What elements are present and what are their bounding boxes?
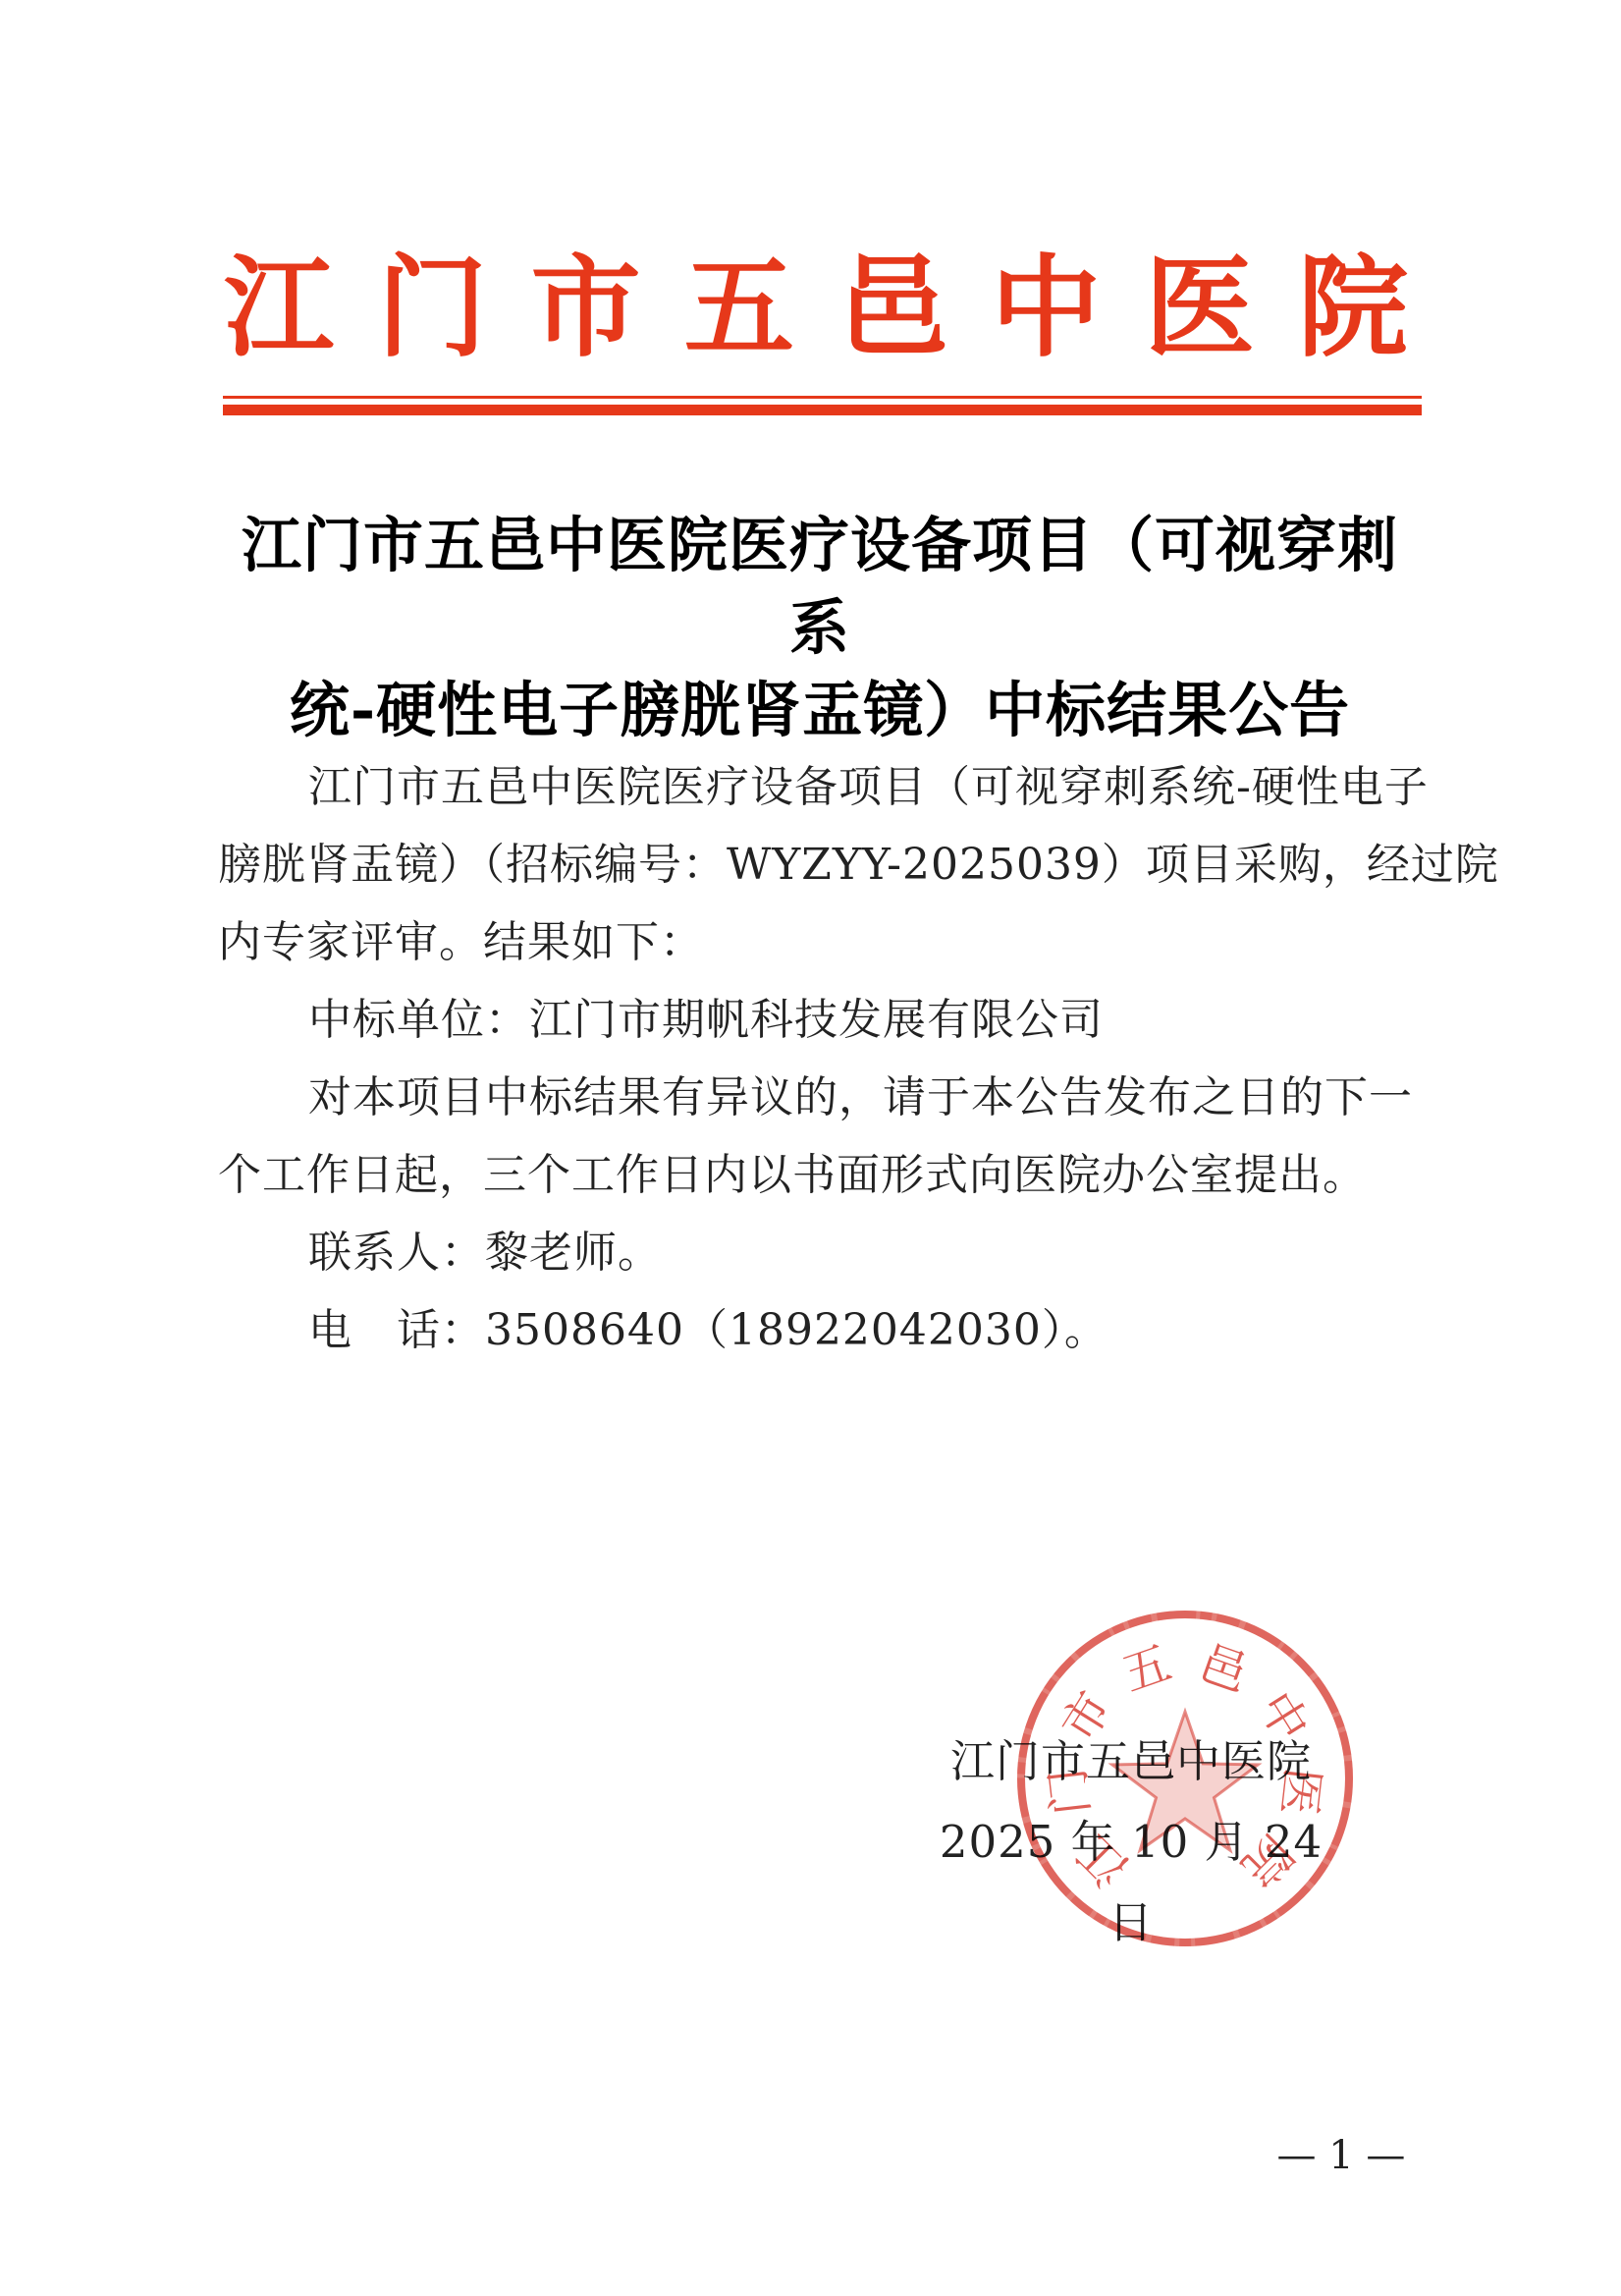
seal-char: 市 — [1052, 1682, 1123, 1751]
body-line: 电 话：3508640（18922042030）。 — [218, 1291, 1422, 1369]
document-title-line2: 统-硬性电子膀胱肾盂镜）中标结果公告 — [218, 670, 1422, 752]
letterhead-hospital-name: 江 门 市 五 邑 中 医 院 — [224, 247, 1408, 369]
body-line: 联系人：黎老师。 — [218, 1214, 1422, 1291]
seal-char: 医 — [1270, 1765, 1330, 1818]
letterhead-char: 江 — [224, 247, 334, 369]
seal-char: 院 — [1231, 1825, 1304, 1897]
body-line: 膀胱肾盂镜）（招标编号：WYZYY-2025039）项目采购，经过院 — [218, 826, 1422, 903]
letterhead-char: 中 — [991, 247, 1101, 369]
body-line: 内专家评审。结果如下： — [218, 903, 1422, 981]
letterhead-char: 市 — [531, 247, 641, 369]
letterhead-char: 邑 — [838, 247, 947, 369]
body-text: 江门市五邑中医院医疗设备项目（可视穿刺系统-硬性电子 膀胱肾盂镜）（招标编号：W… — [218, 748, 1422, 1369]
letterhead-char: 医 — [1145, 247, 1255, 369]
document-title: 江门市五邑中医院医疗设备项目（可视穿刺系 统-硬性电子膀胱肾盂镜）中标结果公告 — [218, 505, 1422, 752]
seal-char: 中 — [1248, 1682, 1320, 1751]
body-line: 中标单位：江门市期帆科技发展有限公司 — [218, 981, 1422, 1059]
seal-star-icon — [1112, 1712, 1258, 1850]
body-line: 对本项目中标结果有异议的，请于本公告发布之日的下一 — [218, 1059, 1422, 1136]
official-seal-stamp: 江 门 市 五 邑 中 医 院 — [1013, 1607, 1357, 1950]
document-page: 江 门 市 五 邑 中 医 院 江门市五邑中医院医疗设备项目（可视穿刺系 统-硬… — [0, 0, 1621, 2296]
letterhead-char: 门 — [377, 247, 487, 369]
letterhead-rule-thick — [223, 405, 1422, 415]
seal-char: 门 — [1040, 1765, 1100, 1818]
seal-char: 五 — [1115, 1635, 1178, 1703]
body-line: 个工作日起，三个工作日内以书面形式向医院办公室提出。 — [218, 1136, 1422, 1214]
seal-char: 邑 — [1192, 1635, 1255, 1703]
document-title-line1: 江门市五邑中医院医疗设备项目（可视穿刺系 — [218, 505, 1422, 670]
letterhead-rule-thin — [223, 396, 1422, 399]
seal-char: 江 — [1067, 1825, 1140, 1897]
page-number: — 1 — — [1243, 2133, 1439, 2178]
letterhead-char: 院 — [1298, 247, 1408, 369]
body-line: 江门市五邑中医院医疗设备项目（可视穿刺系统-硬性电子 — [218, 748, 1422, 826]
letterhead-char: 五 — [684, 247, 794, 369]
